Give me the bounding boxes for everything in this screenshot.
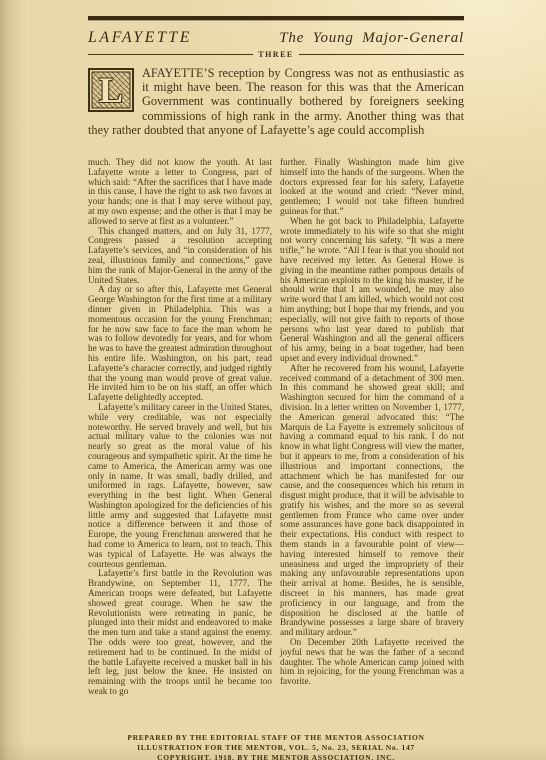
page-content: LAFAYETTE The Young Major-General THREE … [0, 0, 546, 760]
magazine-page: LAFAYETTE The Young Major-General THREE … [0, 0, 546, 760]
article-title: LAFAYETTE [88, 29, 192, 47]
rule-left [88, 54, 253, 55]
top-rule [88, 16, 464, 20]
page-number-rule: THREE [88, 50, 464, 59]
footer-line-1: PREPARED BY THE EDITORIAL STAFF OF THE M… [88, 733, 464, 743]
paragraph: further. Finally Washington made him giv… [280, 158, 464, 217]
paragraph: Lafayette’s first battle in the Revoluti… [88, 569, 272, 696]
paragraph: This changed matters, and on July 31, 17… [88, 227, 272, 286]
left-column: much. They did not know the youth. At la… [88, 158, 272, 726]
page-number: THREE [253, 50, 299, 59]
footer-line-2: ILLUSTRATION FOR THE MENTOR, VOL. 5, No.… [88, 743, 464, 753]
article-subtitle: The Young Major-General [279, 30, 464, 47]
footer-line-3: COPYRIGHT, 1918, BY THE MENTOR ASSOCIATI… [88, 753, 464, 760]
footer-credits: PREPARED BY THE EDITORIAL STAFF OF THE M… [88, 733, 464, 760]
paragraph: On December 20th Lafayette received the … [280, 638, 464, 687]
intro-paragraph: L AFAYETTE’S reception by Congress was n… [88, 66, 464, 154]
running-head: LAFAYETTE The Young Major-General [88, 29, 464, 47]
drop-cap: L [88, 68, 134, 112]
intro-text: AFAYETTE’S reception by Congress was not… [88, 66, 464, 137]
body-columns: much. They did not know the youth. At la… [88, 158, 464, 726]
paragraph: Lafayette’s military career in the Unite… [88, 403, 272, 570]
paragraph: much. They did not know the youth. At la… [88, 158, 272, 227]
right-column: further. Finally Washington made him giv… [280, 158, 464, 726]
rule-right [299, 54, 464, 55]
paragraph: A day or so after this, Lafayette met Ge… [88, 285, 272, 403]
paragraph: When he got back to Philadelphia, Lafaye… [280, 217, 464, 364]
paragraph: After he recovered from his wound, Lafay… [280, 364, 464, 638]
